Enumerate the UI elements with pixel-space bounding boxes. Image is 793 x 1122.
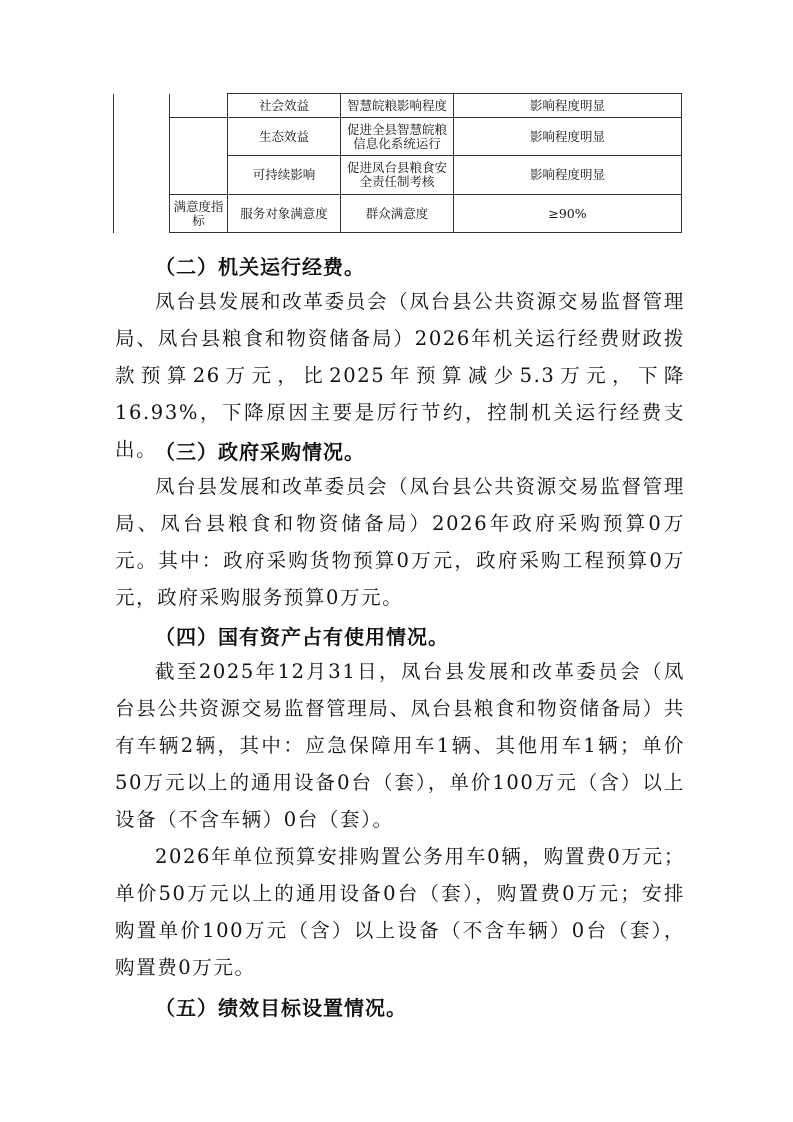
paragraph: 截至2025年12月31日，凤台县发展和改革委员会（凤台县公共资源交易监督管理局… — [115, 653, 685, 838]
table-cell: 社会效益 — [228, 94, 341, 118]
table-cell: 促进全县智慧皖粮信息化系统运行 — [341, 118, 454, 156]
table-cell: 影响程度明显 — [454, 94, 682, 118]
table-cell: 影响程度明显 — [454, 156, 682, 195]
table-row: 社会效益 智慧皖粮影响程度 影响程度明显 — [114, 94, 682, 118]
table-cell: ≥90% — [454, 195, 682, 233]
table-row: 满意度指标 服务对象满意度 群众满意度 ≥90% — [114, 195, 682, 233]
table-row: 可持续影响 促进凤台县粮食安全责任制考核 影响程度明显 — [114, 156, 682, 195]
table-cell: 影响程度明显 — [454, 118, 682, 156]
table-cell: 促进凤台县粮食安全责任制考核 — [341, 156, 454, 195]
table-cell: 可持续影响 — [228, 156, 341, 195]
section-heading: （四）国有资产占有使用情况。 — [155, 621, 449, 650]
table-cell: 满意度指标 — [170, 195, 228, 233]
table-cell: 服务对象满意度 — [228, 195, 341, 233]
section-heading: （五）绩效目标设置情况。 — [155, 992, 407, 1021]
section-heading: （三）政府采购情况。 — [155, 436, 365, 465]
section-heading: （二）机关运行经费。 — [155, 251, 365, 280]
table-cell: 智慧皖粮影响程度 — [341, 94, 454, 118]
performance-table: 社会效益 智慧皖粮影响程度 影响程度明显 生态效益 促进全县智慧皖粮信息化系统运… — [113, 93, 682, 233]
table-cell: 群众满意度 — [341, 195, 454, 233]
paragraph: 凤台县发展和改革委员会（凤台县公共资源交易监督管理局、凤台县粮食和物资储备局）2… — [115, 468, 685, 616]
table-row: 生态效益 促进全县智慧皖粮信息化系统运行 影响程度明显 — [114, 118, 682, 156]
paragraph: 2026年单位预算安排购置公务用车0辆，购置费0万元；单价50万元以上的通用设备… — [115, 838, 685, 986]
table-cell: 生态效益 — [228, 118, 341, 156]
